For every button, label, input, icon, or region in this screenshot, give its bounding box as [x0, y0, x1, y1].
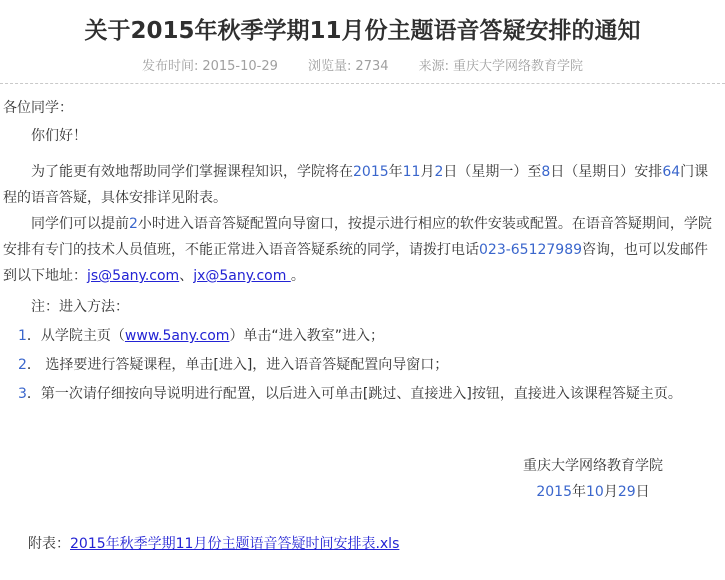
signature-org: 重庆大学网络教育学院: [523, 453, 663, 479]
text-run: 、: [179, 268, 193, 284]
inline-number: 10: [586, 484, 604, 500]
inline-number: 1: [18, 328, 27, 344]
text-run: 年: [572, 484, 586, 500]
source-label: 来源:: [419, 59, 449, 74]
homepage-link[interactable]: www.5any.com: [125, 328, 230, 344]
greeting: 你们好！: [3, 123, 721, 149]
notice-header: 关于2015年秋季学期11月份主题语音答疑安排的通知 发布时间:2015-10-…: [0, 0, 725, 84]
step-3: 3．第一次请仔细按向导说明进行配置，以后进入可单击[跳过、直接进入]按钮，直接进…: [3, 381, 721, 407]
inline-number: 11: [403, 164, 421, 180]
inline-number: 2: [18, 357, 27, 373]
email-link-js[interactable]: js@5any.com: [87, 268, 179, 284]
text-run: 同学们可以提前: [31, 216, 129, 232]
signature-inner: 重庆大学网络教育学院 2015年10月29日: [523, 453, 663, 505]
inline-number: 2: [129, 216, 138, 232]
source-value: 重庆大学网络教育学院: [453, 59, 583, 74]
publish-time: 发布时间:2015-10-29: [142, 59, 278, 74]
inline-number: 023-65127989: [479, 242, 582, 258]
email-link-jx[interactable]: jx@5any.com: [193, 268, 291, 284]
inline-number: 2015: [536, 484, 572, 500]
publish-time-value: 2015-10-29: [202, 59, 278, 74]
attachment-link[interactable]: 2015年秋季学期11月份主题语音答疑时间安排表.xls: [70, 536, 399, 552]
paragraph-list: 各位同学：你们好！为了能更有效地帮助同学们掌握课程知识，学院将在2015年11月…: [3, 95, 721, 407]
text-run: 日（星期日）安排: [550, 164, 662, 180]
text-run: 你们好！: [31, 128, 87, 144]
view-count-value: 2734: [355, 59, 388, 74]
text-run: ．第一次请仔细按向导说明进行配置，以后进入可单击[跳过、直接进入]按钮，直接进入…: [27, 386, 682, 402]
notice-body: 各位同学：你们好！为了能更有效地帮助同学们掌握课程知识，学院将在2015年11月…: [0, 84, 725, 557]
text-run: ）单击“进入教室”进入；: [229, 328, 384, 344]
para-support: 同学们可以提前2小时进入语音答疑配置向导窗口，按提示进行相应的软件安装或配置。在…: [3, 211, 721, 289]
page-title: 关于2015年秋季学期11月份主题语音答疑安排的通知: [0, 19, 725, 44]
text-run: ． 选择要进行答疑课程，单击[进入]，进入语音答疑配置向导窗口；: [27, 357, 448, 373]
text-run: 年: [389, 164, 403, 180]
text-run: 注：进入方法：: [31, 299, 129, 315]
text-run: 月: [604, 484, 618, 500]
source: 来源:重庆大学网络教育学院: [419, 59, 583, 74]
attachment-label: 附表：: [28, 536, 70, 552]
text-run: 日: [636, 484, 650, 500]
view-count: 浏览量:2734: [308, 59, 388, 74]
text-run: 月: [420, 164, 434, 180]
salutation: 各位同学：: [3, 95, 721, 121]
meta-line: 发布时间:2015-10-29 浏览量:2734 来源:重庆大学网络教育学院: [0, 55, 725, 83]
text-run: 为了能更有效地帮助同学们掌握课程知识，学院将在: [31, 164, 353, 180]
text-run: 日（星期一）至: [443, 164, 541, 180]
text-run: 。: [291, 268, 305, 284]
para-schedule: 为了能更有效地帮助同学们掌握课程知识，学院将在2015年11月2日（星期一）至8…: [3, 159, 721, 211]
step-1: 1．从学院主页（www.5any.com）单击“进入教室”进入；: [3, 323, 721, 349]
inline-number: 3: [18, 386, 27, 402]
inline-number: 8: [541, 164, 550, 180]
inline-number: 2015: [353, 164, 389, 180]
signature-date: 2015年10月29日: [523, 479, 663, 505]
note-heading: 注：进入方法：: [3, 294, 721, 320]
step-2: 2． 选择要进行答疑课程，单击[进入]，进入语音答疑配置向导窗口；: [3, 352, 721, 378]
publish-time-label: 发布时间:: [142, 59, 198, 74]
view-count-label: 浏览量:: [308, 59, 351, 74]
text-run: 各位同学：: [3, 100, 73, 116]
attachment-line: 附表：2015年秋季学期11月份主题语音答疑时间安排表.xls: [3, 531, 721, 557]
text-run: ．从学院主页（: [27, 328, 125, 344]
signature-block: 重庆大学网络教育学院 2015年10月29日: [3, 453, 721, 505]
inline-number: 64: [662, 164, 680, 180]
inline-number: 29: [618, 484, 636, 500]
